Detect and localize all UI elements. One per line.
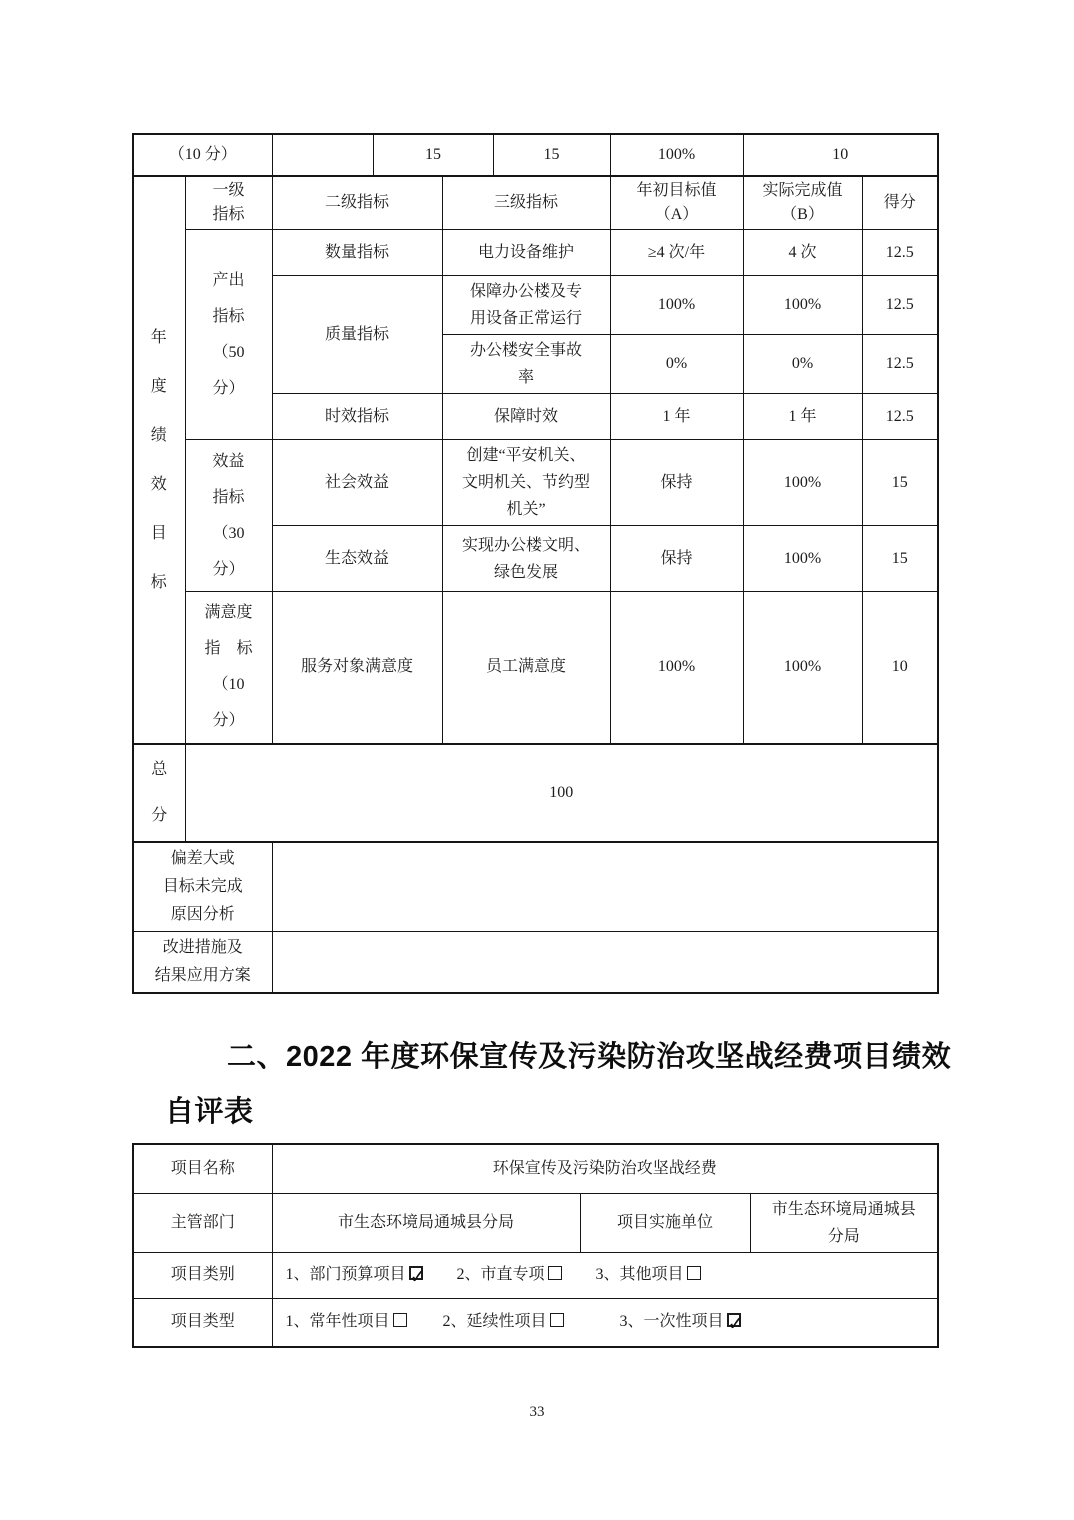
total-score-row: 总 分 100	[133, 744, 938, 842]
project-name-value: 环保宣传及污染防治攻坚战经费	[272, 1144, 938, 1193]
project-info-table: 项目名称 环保宣传及污染防治攻坚战经费 主管部门 市生态环境局通城县分局 项目实…	[132, 1143, 939, 1348]
actual-cell: 100%	[743, 526, 862, 592]
table-row: 效益 指标 （30 分） 社会效益 创建“平安机关、 文明机关、节约型 机关” …	[133, 440, 938, 526]
project-name-label: 项目名称	[133, 1144, 272, 1193]
department-row: 主管部门 市生态环境局通城县分局 项目实施单位 市生态环境局通城县 分局	[133, 1193, 938, 1252]
improvement-measures-row: 改进措施及 结果应用方案	[133, 931, 938, 993]
carryover-weight-cell: （10 分）	[133, 134, 272, 176]
document-page: （10 分） 15 15 100% 10 年 度 绩 效 目 标 一级 指标 二…	[0, 0, 1074, 1520]
group-benefit-indicator: 效益 指标 （30 分）	[185, 440, 272, 592]
level3-cell: 员工满意度	[442, 592, 610, 744]
level2-cell: 质量指标	[272, 276, 442, 394]
group-output-indicator: 产出 指标 （50 分）	[185, 230, 272, 440]
target-cell: 100%	[610, 276, 743, 335]
actual-cell: 1 年	[743, 394, 862, 440]
project-type-label: 项目类型	[133, 1298, 272, 1347]
checkbox-icon	[393, 1313, 407, 1327]
checkbox-option: 3、其他项目	[596, 1262, 701, 1288]
deviation-analysis-label: 偏差大或 目标未完成 原因分析	[133, 842, 272, 932]
project-type-options: 1、常年性项目 2、延续性项目 3、一次性项目	[272, 1298, 938, 1347]
page-number: 33	[0, 1404, 1074, 1421]
checkbox-icon	[727, 1313, 741, 1327]
header-level2-indicator: 二级指标	[272, 176, 442, 230]
carryover-score-table: （10 分） 15 15 100% 10	[132, 133, 939, 177]
score-cell: 10	[862, 592, 938, 744]
level3-cell: 办公楼安全事故 率	[442, 335, 610, 394]
score-cell: 15	[862, 526, 938, 592]
project-category-row: 项目类别 1、部门预算项目 2、市直专项 3、其他项目	[133, 1252, 938, 1298]
actual-cell: 4 次	[743, 230, 862, 276]
section-heading: 二、2022 年度环保宣传及污染防治攻坚战经费项目绩效 自评表	[165, 1030, 965, 1140]
side-label-annual-performance-target: 年 度 绩 效 目 标	[133, 176, 185, 744]
checkbox-label: 3、一次性项目	[620, 1313, 724, 1330]
level3-cell: 保障时效	[442, 394, 610, 440]
checkbox-label: 2、市直专项	[457, 1266, 545, 1283]
table-row: 满意度 指 标 （10 分） 服务对象满意度 员工满意度 100% 100% 1…	[133, 592, 938, 744]
score-cell: 12.5	[862, 230, 938, 276]
total-score-value: 100	[185, 744, 938, 842]
header-level3-indicator: 三级指标	[442, 176, 610, 230]
checkbox-icon	[548, 1266, 562, 1280]
checkbox-label: 1、常年性项目	[286, 1313, 390, 1330]
level3-cell: 保障办公楼及专 用设备正常运行	[442, 276, 610, 335]
checkbox-option: 1、常年性项目	[286, 1309, 407, 1335]
checkbox-label: 3、其他项目	[596, 1266, 684, 1283]
deviation-analysis-row: 偏差大或 目标未完成 原因分析	[133, 842, 938, 932]
checkbox-option: 3、一次性项目	[620, 1309, 741, 1335]
project-name-row: 项目名称 环保宣传及污染防治攻坚战经费	[133, 1144, 938, 1193]
checkbox-icon	[550, 1313, 564, 1327]
target-cell: 100%	[610, 592, 743, 744]
implementing-unit-label: 项目实施单位	[580, 1193, 750, 1252]
department-value: 市生态环境局通城县分局	[272, 1193, 580, 1252]
carryover-value-cell: 15	[493, 134, 610, 176]
checkbox-icon	[687, 1266, 701, 1280]
level2-cell: 生态效益	[272, 526, 442, 592]
header-target-value: 年初目标值 （A）	[610, 176, 743, 230]
project-type-row: 项目类型 1、常年性项目 2、延续性项目 3、一次性项目	[133, 1298, 938, 1347]
header-level1-indicator: 一级 指标	[185, 176, 272, 230]
target-cell: 0%	[610, 335, 743, 394]
target-cell: 1 年	[610, 394, 743, 440]
project-category-label: 项目类别	[133, 1252, 272, 1298]
header-actual-value: 实际完成值 （B）	[743, 176, 862, 230]
checkbox-icon	[409, 1266, 423, 1280]
carryover-row: （10 分） 15 15 100% 10	[133, 134, 938, 176]
project-category-options: 1、部门预算项目 2、市直专项 3、其他项目	[272, 1252, 938, 1298]
level3-cell: 创建“平安机关、 文明机关、节约型 机关”	[442, 440, 610, 526]
checkbox-label: 2、延续性项目	[443, 1313, 547, 1330]
actual-cell: 100%	[743, 592, 862, 744]
header-row: 年 度 绩 效 目 标 一级 指标 二级指标 三级指标 年初目标值 （A） 实际…	[133, 176, 938, 230]
level3-cell: 实现办公楼文明、 绿色发展	[442, 526, 610, 592]
target-cell: 保持	[610, 526, 743, 592]
target-cell: 保持	[610, 440, 743, 526]
carryover-value-cell: 100%	[610, 134, 743, 176]
level2-cell: 时效指标	[272, 394, 442, 440]
annual-performance-table: 年 度 绩 效 目 标 一级 指标 二级指标 三级指标 年初目标值 （A） 实际…	[132, 175, 939, 994]
actual-cell: 100%	[743, 276, 862, 335]
score-cell: 12.5	[862, 394, 938, 440]
checkbox-option: 1、部门预算项目	[286, 1262, 423, 1288]
score-cell: 12.5	[862, 276, 938, 335]
checkbox-option: 2、市直专项	[457, 1262, 562, 1288]
score-cell: 12.5	[862, 335, 938, 394]
actual-cell: 100%	[743, 440, 862, 526]
checkbox-label: 1、部门预算项目	[286, 1266, 406, 1283]
department-label: 主管部门	[133, 1193, 272, 1252]
checkbox-option: 2、延续性项目	[443, 1309, 564, 1335]
level2-cell: 数量指标	[272, 230, 442, 276]
score-cell: 15	[862, 440, 938, 526]
carryover-value-cell: 15	[373, 134, 493, 176]
empty-cell	[272, 134, 373, 176]
section-heading-line2: 自评表	[165, 1085, 965, 1140]
level2-cell: 服务对象满意度	[272, 592, 442, 744]
deviation-analysis-value	[272, 842, 938, 932]
section-heading-line1: 二、2022 年度环保宣传及污染防治攻坚战经费项目绩效	[227, 1030, 965, 1085]
header-score: 得分	[862, 176, 938, 230]
improvement-measures-label: 改进措施及 结果应用方案	[133, 931, 272, 993]
table-row: 产出 指标 （50 分） 数量指标 电力设备维护 ≥4 次/年 4 次 12.5	[133, 230, 938, 276]
actual-cell: 0%	[743, 335, 862, 394]
carryover-score-cell: 10	[743, 134, 938, 176]
level2-cell: 社会效益	[272, 440, 442, 526]
implementing-unit-value: 市生态环境局通城县 分局	[750, 1193, 938, 1252]
target-cell: ≥4 次/年	[610, 230, 743, 276]
improvement-measures-value	[272, 931, 938, 993]
group-satisfaction-indicator: 满意度 指 标 （10 分）	[185, 592, 272, 744]
level3-cell: 电力设备维护	[442, 230, 610, 276]
total-score-label: 总 分	[133, 744, 185, 842]
